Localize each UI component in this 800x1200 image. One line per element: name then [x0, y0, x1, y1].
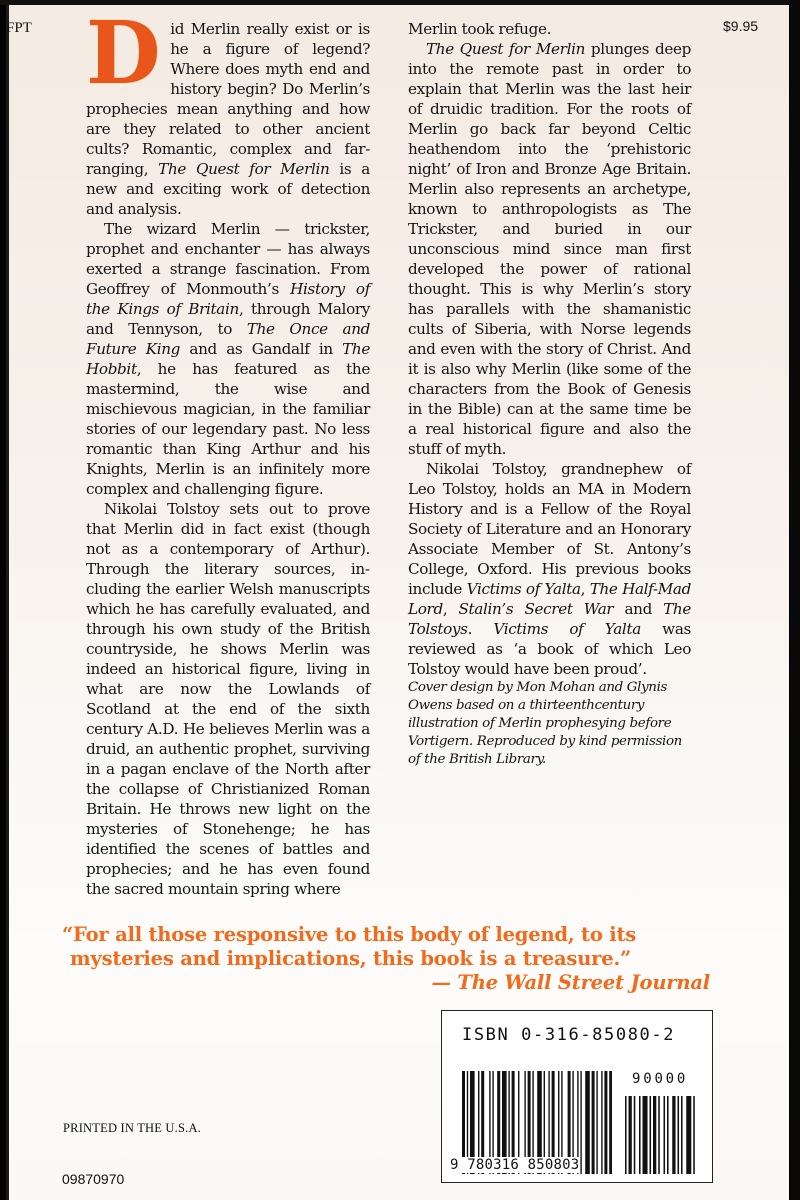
quote-line-2: mysteries and implications, this book is… [62, 947, 722, 971]
price-label: $9.95 [723, 18, 758, 34]
blurb-paragraph-4: The Quest for Merlin plunges deep into t… [408, 39, 691, 459]
quote-line-1: “For all those responsive to this body o… [62, 923, 722, 947]
blurb-column-left: Did Merlin really exist or is he a figur… [86, 19, 370, 899]
text: Nikolai Tolstoy, grandnephew of Leo Tols… [408, 460, 691, 598]
text: and [613, 600, 663, 618]
isbn-barcode: ISBN 0-316-85080-2 90000 9 780316 850803 [441, 1010, 713, 1183]
isbn-label: ISBN 0-316-85080-2 [462, 1025, 675, 1045]
blurb-paragraph-2: The wizard Merlin — trickster, prophet a… [86, 219, 370, 499]
ean-number: 9 780316 850803 [449, 1157, 580, 1173]
book-title: Victims of Yalta [493, 620, 641, 638]
author-bio: Nikolai Tolstoy, grandnephew of Leo Tols… [408, 459, 691, 679]
catalog-number: 09870970 [62, 1171, 124, 1187]
text: , [443, 600, 459, 618]
right-edge [790, 0, 800, 1200]
text: plunges deep into the remote past in ord… [408, 40, 691, 458]
blurb-column-right: Merlin took refuge. The Quest for Merlin… [408, 19, 691, 769]
text: . [468, 620, 494, 638]
printed-in-label: PRINTED IN THE U.S.A. [63, 1121, 201, 1136]
text: , he has featured as the mastermind, the… [86, 360, 370, 498]
book-title: The Quest for Merlin [158, 160, 329, 178]
cover-credit: Cover design by Mon Mohan and Glynis Owe… [408, 679, 691, 769]
quote-attribution: — The Wall Street Journal [62, 971, 722, 995]
blurb-paragraph-3: Nikolai Tolstoy sets out to prove that M… [86, 499, 370, 899]
blurb-paragraph-1: Did Merlin really exist or is he a figur… [86, 19, 370, 219]
corner-code: FPT [6, 20, 32, 37]
addon-barcode-bars [625, 1096, 697, 1174]
review-quote: “For all those responsive to this body o… [62, 923, 722, 995]
text: , [581, 580, 590, 598]
drop-cap: D [86, 21, 160, 87]
book-title: Stalin’s Secret War [458, 600, 613, 618]
blurb-paragraph-3-continued: Merlin took refuge. [408, 19, 691, 39]
text: and as Gandalf in [180, 340, 342, 358]
addon-code: 90000 [632, 1071, 688, 1087]
book-title: The Quest for Merlin [426, 40, 585, 58]
book-title: Victims of Yalta [467, 580, 581, 598]
